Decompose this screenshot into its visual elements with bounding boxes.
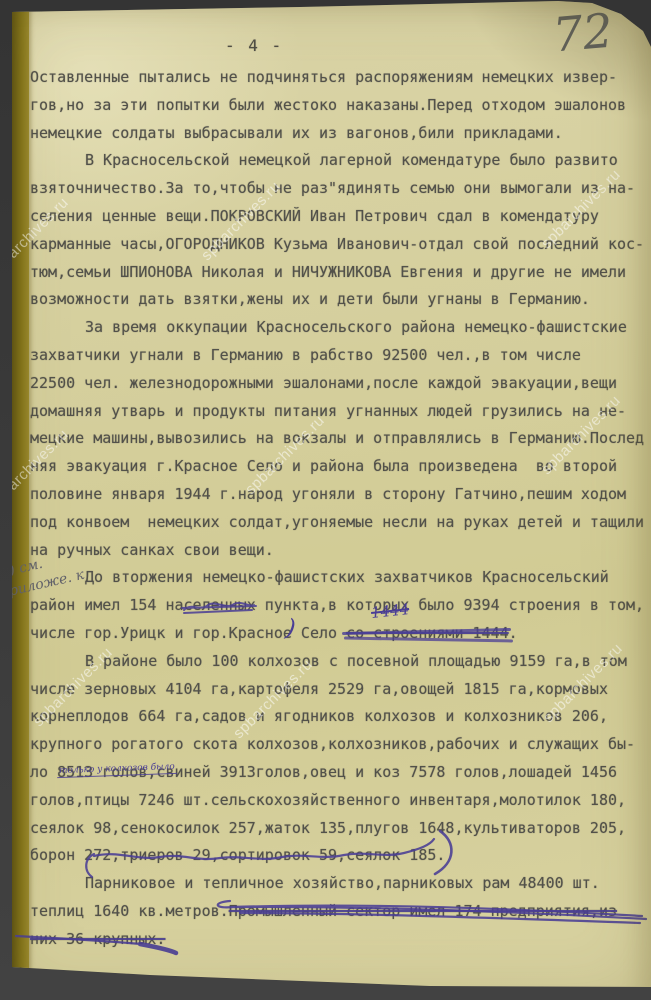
typed-line: немецкие солдаты выбрасывали их из вагон… [30,120,651,148]
typed-line: числе гор.Урицк и гор.Красное Село со ст… [30,620,651,648]
typed-line: В районе было 100 колхозов с посевной пл… [30,648,651,676]
scan-background: - 4 - 72 Оставленные пытались не подчиня… [0,0,651,1000]
document-page: - 4 - 72 Оставленные пытались не подчиня… [0,0,651,1000]
typed-line: 22500 чел. железнодорожными эшалонами,по… [30,370,651,398]
typed-segment: домашняя утварь и продукты питания угнан… [30,402,626,420]
typed-segment: теплиц 1640 кв.метров. [30,902,229,920]
typed-line: борон 272,триеров 29,сортировок 59,сеяло… [30,842,651,870]
typed-line: половине января 1944 г.народ угоняли в с… [30,481,651,509]
typed-line: на ручных санках свои вещи. [30,537,651,565]
typed-segment: гов,но за эти попытки были жестоко наказ… [30,96,626,114]
struck-typed-segment: со строениями 1444 [346,624,509,642]
typed-segment: под конвоем немецких солдат,угоняемые не… [30,513,644,531]
typed-segment: захватчики угнали в Германию в рабство 9… [30,346,581,364]
typed-segment: тюм,семьи ШПИОНОВА Николая и НИЧУЖНИКОВА… [30,263,626,281]
typed-segment: возможности дать взятки,жены их и дети б… [30,290,590,308]
typed-segment: сеялок 98,сенокосилок 257,жаток 135,плуг… [30,819,626,837]
typed-text: Оставленные пытались не подчиняться расп… [30,64,651,954]
page-number-header: - 4 - [225,36,283,55]
typed-line: Парниковое и тепличное хозяйство,парнико… [30,870,651,898]
typed-segment: корнеплодов 664 га,садов и ягодников кол… [30,707,608,725]
typed-line: голов,птицы 7246 шт.сельскохозяйственног… [30,787,651,815]
typed-segment: район имел 154 населенных пункта,в котор… [30,596,644,614]
page-binding-edge [12,0,29,1000]
typed-segment: Оставленные пытались не подчиняться расп… [30,68,617,86]
typed-segment: немецкие солдаты выбрасывали их из вагон… [30,124,563,142]
typed-line: сеялок 98,сенокосилок 257,жаток 135,плуг… [30,815,651,843]
typed-segment: Парниковое и тепличное хозяйство,парнико… [85,874,600,892]
typed-line: Оставленные пытались не подчиняться расп… [30,64,651,92]
sheet-number-annotation: 72 [551,3,615,63]
typed-segment: До вторжения немецко-фашистских захватчи… [85,568,609,586]
typed-segment: взяточничество.За то,чтобы не раз"ядинят… [30,179,635,197]
typed-segment: крупного рогатого скота колхозов,колхозн… [30,735,635,753]
typed-line: теплиц 1640 кв.метров.Промышленный секто… [30,898,651,926]
typed-line: крупного рогатого скота колхозов,колхозн… [30,731,651,759]
typed-line: них 36 крупных. [30,926,651,954]
typed-line: За время оккупации Красносельского район… [30,314,651,342]
typed-segment: В районе было 100 колхозов с посевной пл… [85,652,627,670]
struck-typed-segment: Промышленный сектор имел 174 предприятия… [229,902,617,920]
typed-line: под конвоем немецких солдат,угоняемые не… [30,509,651,537]
typed-line: гов,но за эти попытки были жестоко наказ… [30,92,651,120]
typed-line: район имел 154 населенных пункта,в котор… [30,592,651,620]
typed-line: тюм,семьи ШПИОНОВА Николая и НИЧУЖНИКОВА… [30,259,651,287]
typed-segment: няя эвакуация г.Красное Село и района бы… [30,457,617,475]
typed-segment: числе зерновых 4104 га,картофеля 2529 га… [30,680,608,698]
typed-segment: половине января 1944 г.народ угоняли в с… [30,485,626,503]
typed-segment: В Красносельской немецкой лагерной комен… [85,151,618,169]
typed-segment: числе гор.Урицк и гор.Красное Село [30,624,346,642]
typed-line: взяточничество.За то,чтобы не раз"ядинят… [30,175,651,203]
typed-segment: мецкие машины,вывозились на вокзалы и от… [30,429,644,447]
typed-line: захватчики угнали в Германию в рабство 9… [30,342,651,370]
typed-segment: За время оккупации Красносельского район… [85,318,627,336]
typed-segment: борон 272,триеров 29,сортировок 59,сеяло… [30,846,445,864]
typed-segment: голов,птицы 7246 шт.сельскохозяйственног… [30,791,626,809]
typed-line: возможности дать взятки,жены их и дети б… [30,286,651,314]
typed-line: домашняя утварь и продукты питания угнан… [30,398,651,426]
struck-typed-segment: них 36 крупных. [30,930,165,948]
typed-segment: 22500 чел. железнодорожными эшалонами,по… [30,374,617,392]
typed-line: До вторжения немецко-фашистских захватчи… [30,564,651,592]
typed-segment: селения ценные вещи.ПОКРОВСКИЙ Иван Петр… [30,207,599,225]
typed-line: В Красносельской немецкой лагерной комен… [30,147,651,175]
